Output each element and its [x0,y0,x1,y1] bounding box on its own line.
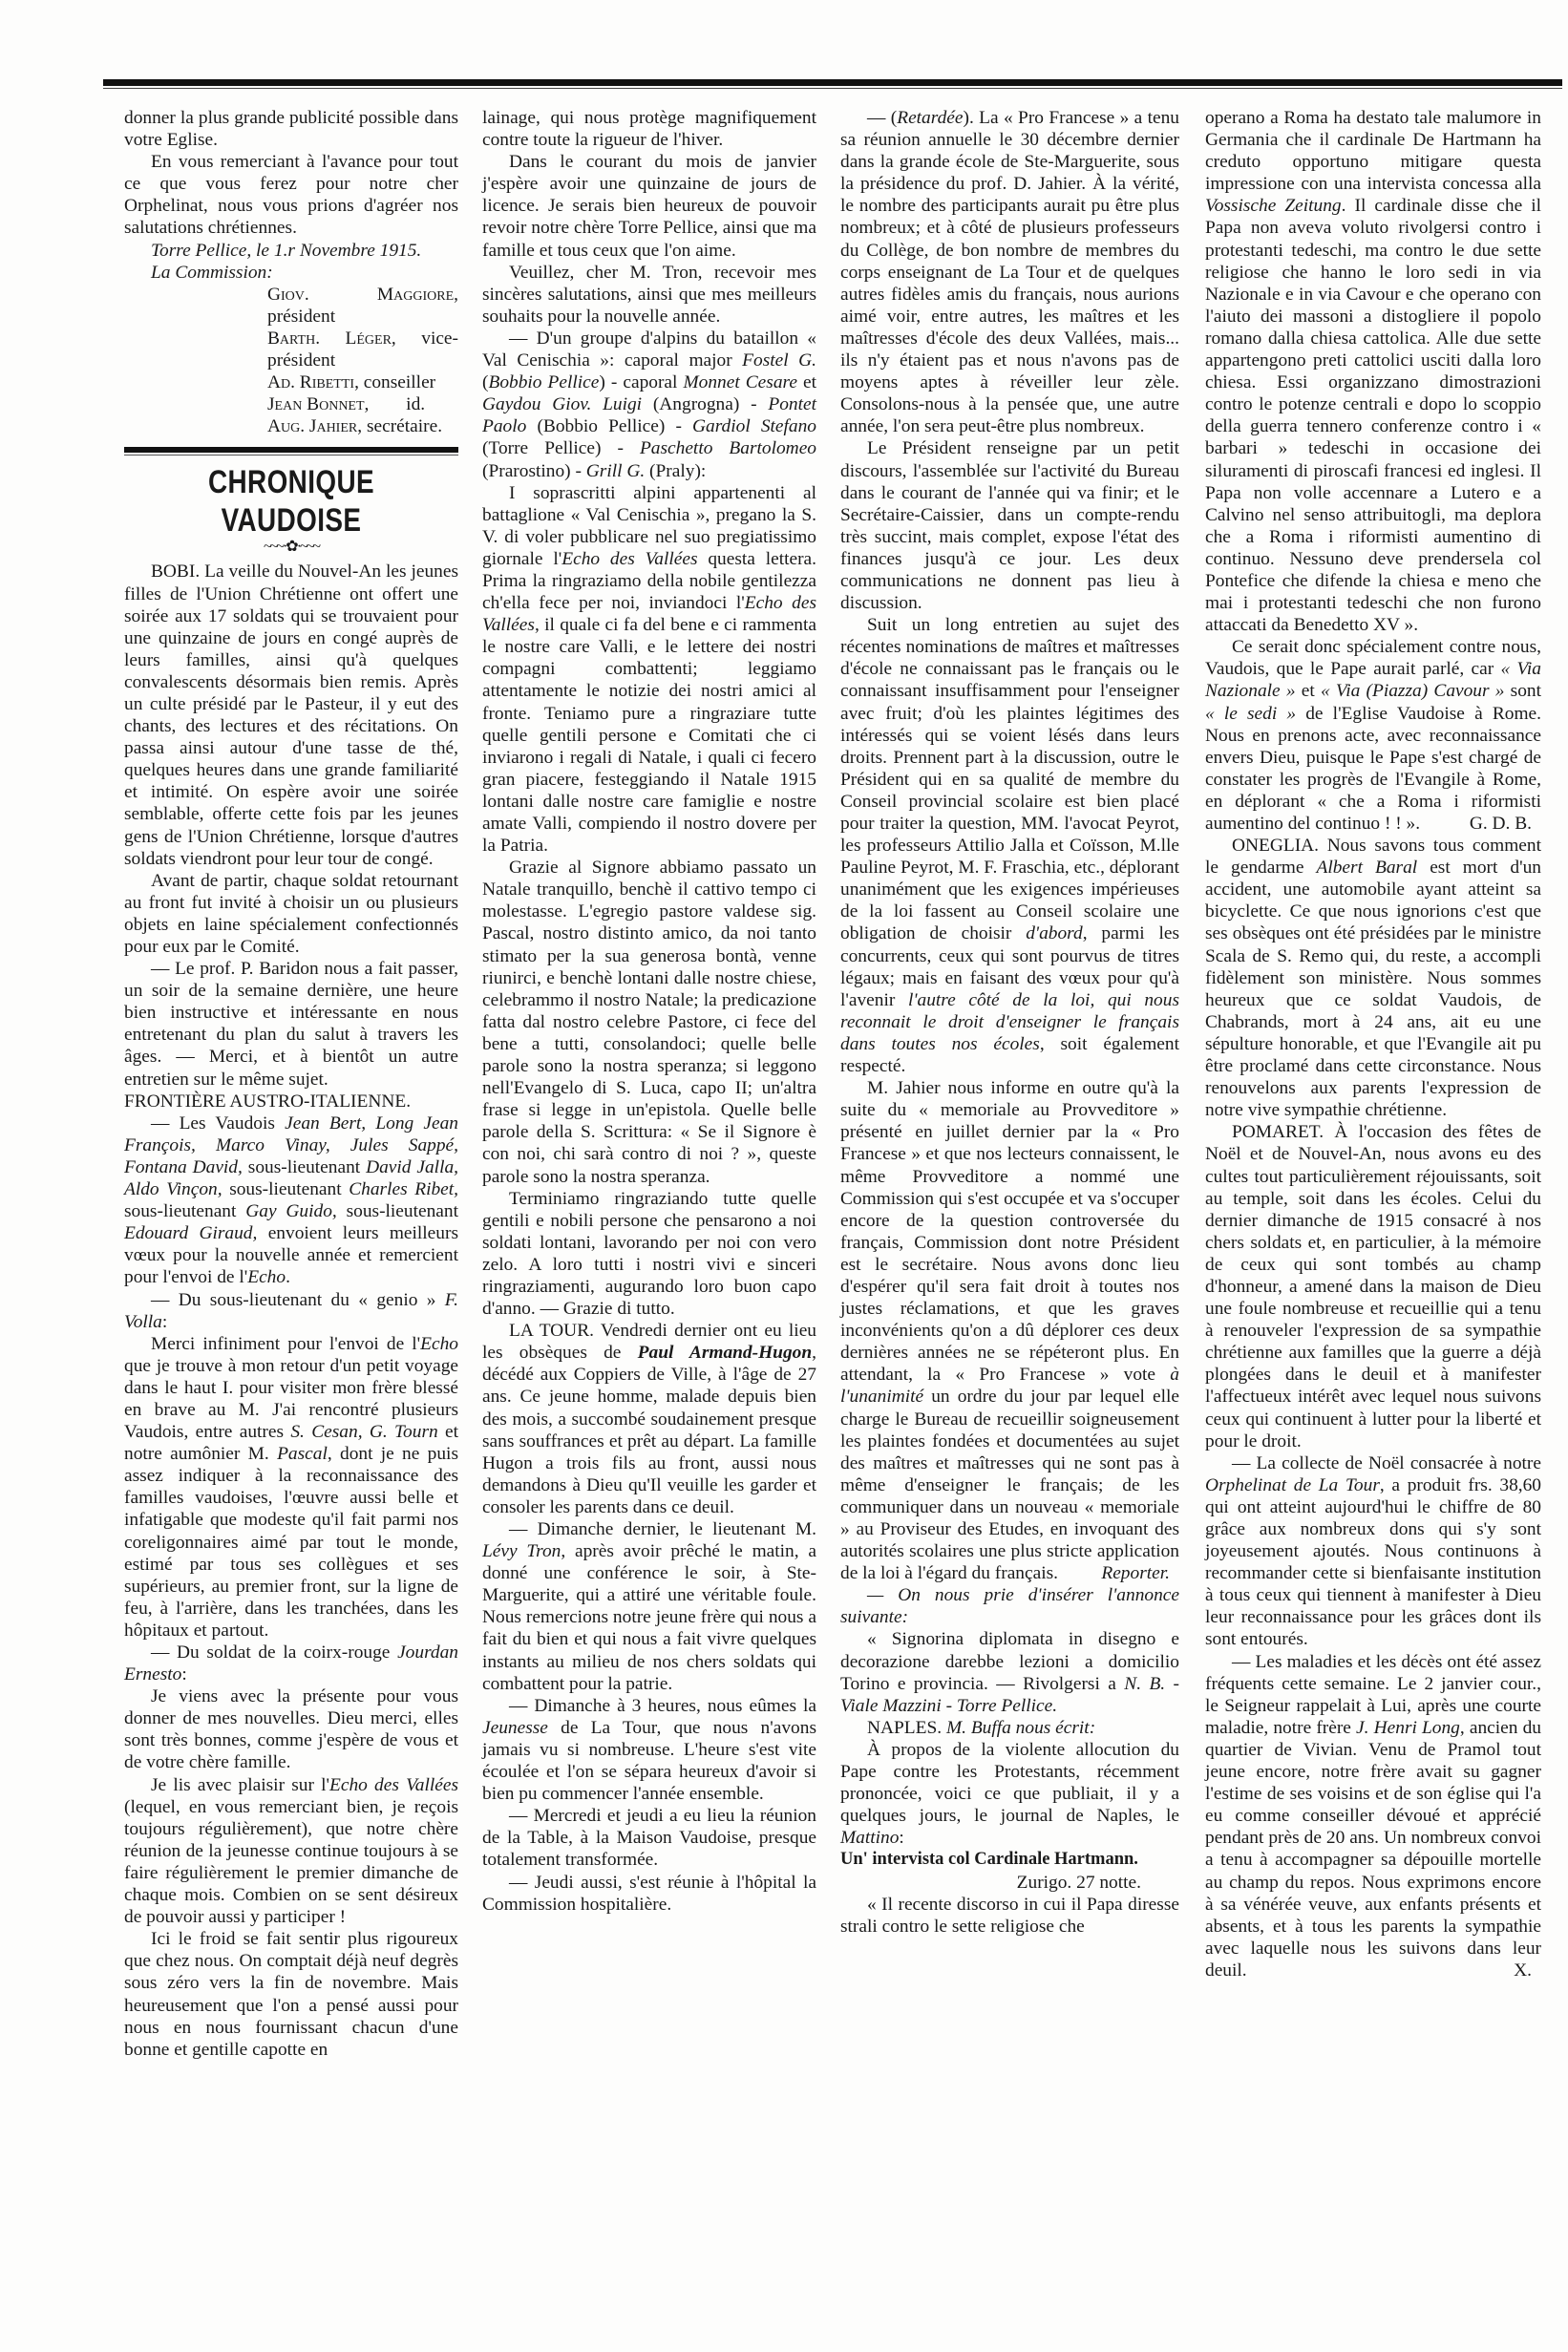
signature: X. [1487,1960,1541,1981]
commission-title: La Commission: [124,262,458,284]
section-divider-thin [124,455,458,456]
article-pomaret: POMARET. À l'occasion des fêtes de Noël … [1205,1121,1541,1451]
section-heading: CHRONIQUE VAUDOISE [155,463,429,540]
paragraph: — Le prof. P. Baridon nous a fait passer… [124,958,458,1091]
column-1: donner la plus grande publicité possible… [124,107,458,2061]
paragraph: « Il recente discorso in cui il Papa dir… [840,1894,1179,1938]
subheading-frontiere: FRONTIÈRE AUSTRO-ITALIENNE. [124,1091,458,1112]
alpini-list: — D'un groupe d'alpins du bataillon « Va… [482,328,816,482]
signature: G. D. B. [1443,813,1541,835]
column-3: — (Retardée). La « Pro Francese » a tenu… [840,107,1179,1938]
commission-member: Ad. Ribetti, conseiller [267,371,458,393]
commission-member: Giov. Maggiore, président [267,284,458,328]
paragraph: M. Jahier nous informe en outre qu'à la … [840,1077,1179,1584]
letter-volla: Merci infiniment pour l'envoi de l'Echo … [124,1333,458,1642]
paragraph: Grazie al Signore abbiamo passato un Nat… [482,857,816,1187]
paragraph: Le Président renseigne par un petit disc… [840,437,1179,614]
dateline: Zurigo. 27 notte. [840,1872,1179,1894]
paragraph: Avant de partir, chaque soldat retournan… [124,870,458,958]
section-divider [124,447,458,453]
paragraph: En vous remerciant à l'avance pour tout … [124,151,458,239]
commission-list: Giov. Maggiore, président Barth. Léger, … [267,284,458,438]
paragraph: — Jeudi aussi, s'est réunie à l'hôpital … [482,1872,816,1916]
column-2: lainage, qui nous protège magnifiquement… [482,107,816,1916]
article-naples: NAPLES. M. Buffa nous écrit: [840,1717,1179,1739]
paragraph: Veuillez, cher M. Tron, recevoir mes sin… [482,262,816,328]
paragraph: Ici le froid se fait sentir plus rigoure… [124,1928,458,2061]
letter-intro: — Du sous-lieutenant du « genio » F. Vol… [124,1289,458,1333]
paragraph: operano a Roma ha destato tale malumore … [1205,107,1541,636]
interview-heading: Un' intervista col Cardinale Hartmann. [840,1849,1179,1871]
top-rule [103,79,1562,86]
paragraph: — Dimanche dernier, le lieutenant M. Lév… [482,1518,816,1695]
top-rule-thin [103,88,1562,89]
newspaper-page: donner la plus grande publicité possible… [0,0,1568,2352]
paragraph: — Les maladies et les décès ont été asse… [1205,1651,1541,1981]
article-pro-francese: — (Retardée). La « Pro Francese » a tenu… [840,107,1179,437]
announcement: « Signorina diplomata in disegno e decor… [840,1628,1179,1716]
paragraph: I soprascritti alpini appartenenti al ba… [482,482,816,858]
paragraph: Ce serait donc spécialement contre nous,… [1205,636,1541,835]
paragraph: Je lis avec plaisir sur l'Echo des Vallé… [124,1774,458,1929]
article-la-tour: LA TOUR. Vendredi dernier ont eu lieu le… [482,1320,816,1518]
signature: Reporter. [1074,1562,1179,1584]
announcement-intro: — On nous prie d'insérer l'annonce suiva… [840,1584,1179,1628]
article-bobi: BOBI. La veille du Nouvel-An les jeunes … [124,561,458,869]
article-frontiere: — Les Vaudois Jean Bert, Long Jean Franç… [124,1112,458,1289]
place-date: Torre Pellice, le 1.r Novembre 1915. [124,240,458,262]
paragraph: Suit un long entretien au sujet des réce… [840,614,1179,1077]
paragraph: À propos de la violente allocution du Pa… [840,1739,1179,1849]
commission-member: Aug. Jahier, secrétaire. [267,415,458,437]
paragraph: Dans le courant du mois de janvier j'esp… [482,151,816,261]
paragraph: Terminiamo ringraziando tutte quelle gen… [482,1188,816,1321]
paragraph: donner la plus grande publicité possible… [124,107,458,151]
commission-member: Barth. Léger, vice-président [267,328,458,371]
paragraph: Je viens avec la présente pour vous donn… [124,1685,458,1773]
article-oneglia: ONEGLIA. Nous savons tous comment le gen… [1205,835,1541,1121]
paragraph: — Mercredi et jeudi a eu lieu la réunion… [482,1805,816,1871]
paragraph: — La collecte de Noël consacrée à notre … [1205,1452,1541,1651]
commission-member: Jean Bonnet, id. [267,393,458,415]
paragraph: lainage, qui nous protège magnifiquement… [482,107,816,151]
column-4: operano a Roma ha destato tale malumore … [1205,107,1541,1981]
ornament-icon: ~~~·✿·~~~ [124,540,458,555]
letter-intro: — Du soldat de la coirx-rouge Jourdan Er… [124,1642,458,1685]
paragraph: — Dimanche à 3 heures, nous eûmes la Jeu… [482,1695,816,1805]
